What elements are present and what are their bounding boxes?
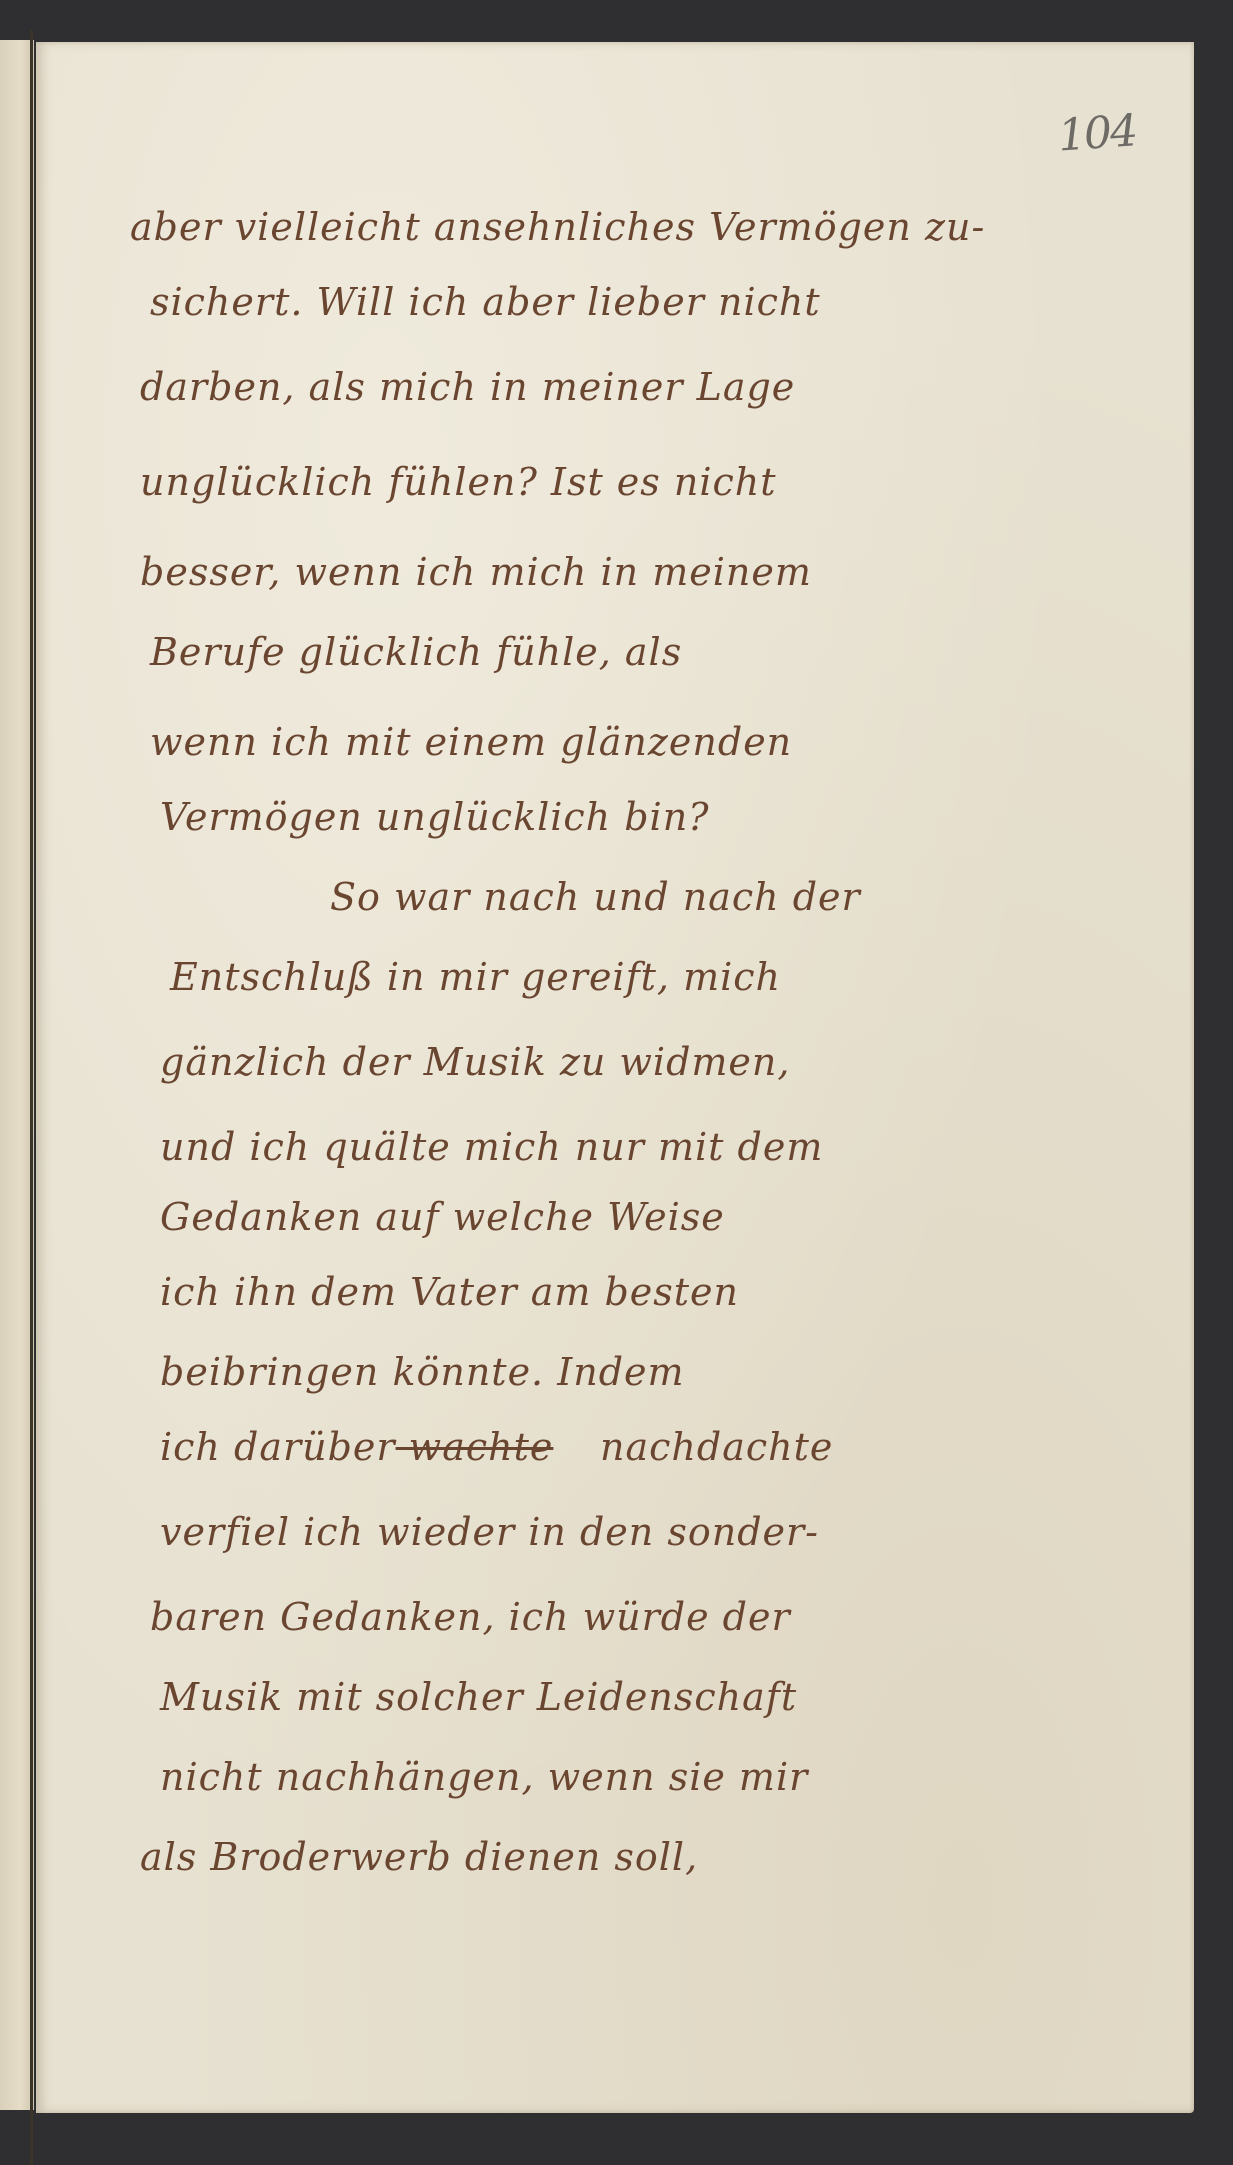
- manuscript-line: ich darüber wachte: [160, 1425, 553, 1469]
- manuscript-line: wenn ich mit einem glänzenden: [150, 720, 792, 764]
- binding-gutter: [30, 30, 33, 2165]
- manuscript-line: Berufe glücklich fühle, als: [150, 630, 682, 674]
- manuscript-line: als Broderwerb dienen soll,: [140, 1835, 698, 1879]
- manuscript-line: sichert. Will ich aber lieber nicht: [150, 280, 821, 324]
- manuscript-line: nachdachte: [600, 1425, 833, 1469]
- manuscript-line: Gedanken auf welche Weise: [160, 1195, 725, 1239]
- manuscript-line: besser, wenn ich mich in meinem: [140, 550, 812, 594]
- manuscript-line: darben, als mich in meiner Lage: [140, 365, 795, 409]
- manuscript-line: verfiel ich wieder in den sonder-: [160, 1510, 819, 1554]
- manuscript-line: ich ihn dem Vater am besten: [160, 1270, 739, 1314]
- manuscript-line: beibringen könnte. Indem: [160, 1350, 685, 1394]
- manuscript-line: und ich quälte mich nur mit dem: [160, 1125, 823, 1169]
- manuscript-line: Vermögen unglücklich bin?: [160, 795, 710, 839]
- manuscript-line: aber vielleicht ansehnliches Vermögen zu…: [130, 205, 985, 249]
- manuscript-line: Musik mit solcher Leidenschaft: [160, 1675, 797, 1719]
- manuscript-line: Entschluß in mir gereift, mich: [170, 955, 781, 999]
- struck-word: wachte: [396, 1425, 554, 1469]
- manuscript-line: baren Gedanken, ich würde der: [150, 1595, 791, 1639]
- manuscript-line: nicht nachhängen, wenn sie mir: [160, 1755, 808, 1799]
- manuscript-line: gänzlich der Musik zu widmen,: [160, 1040, 790, 1084]
- folio-number: 104: [1056, 105, 1137, 161]
- manuscript-line: unglücklich fühlen? Ist es nicht: [140, 460, 777, 504]
- manuscript-line: So war nach und nach der: [330, 875, 861, 919]
- adjacent-leaf-edge: [0, 40, 34, 2110]
